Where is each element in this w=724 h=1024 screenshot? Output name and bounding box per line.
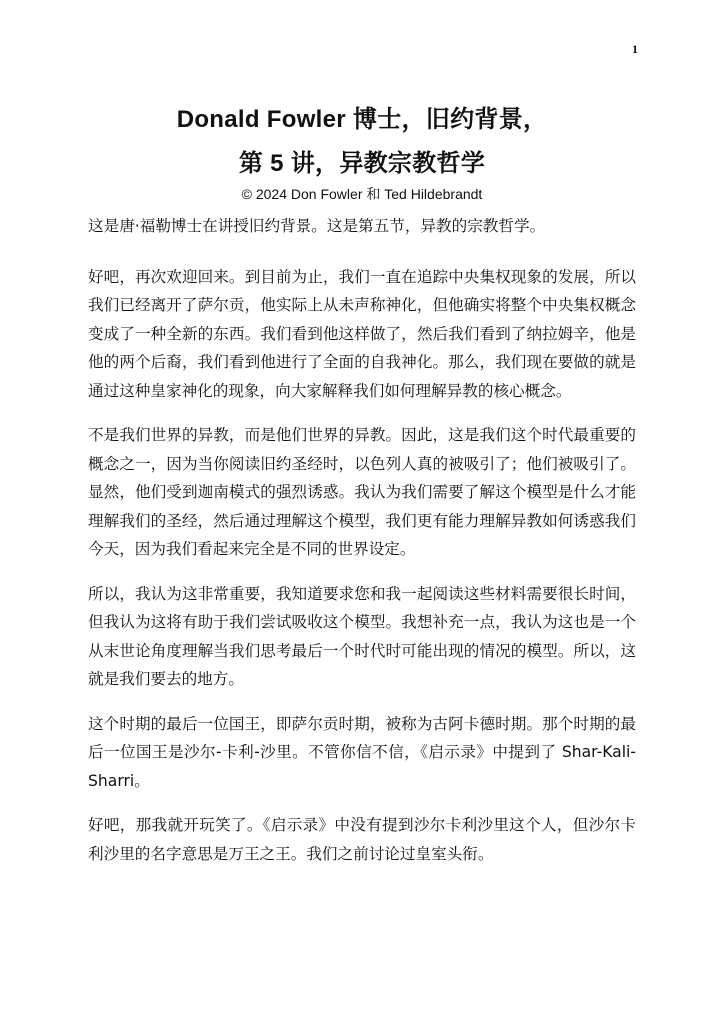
- document-body: 这是唐·福勒博士在讲授旧约背景。这是第五节，异教的宗教哲学。 好吧，再次欢迎回来…: [88, 212, 636, 884]
- paragraph: 这个时期的最后一位国王，即萨尔贡时期，被称为古阿卡德时期。那个时期的最后一位国王…: [88, 710, 636, 796]
- document-header: Donald Fowler 博士，旧约背景， 第 5 讲，异教宗教哲学 © 20…: [0, 98, 724, 204]
- paragraph: 好吧，再次欢迎回来。到目前为止，我们一直在追踪中央集权现象的发展，所以我们已经离…: [88, 263, 636, 406]
- title-line-2: 第 5 讲，异教宗教哲学: [0, 142, 724, 186]
- copyright-line: © 2024 Don Fowler 和 Ted Hildebrandt: [0, 184, 724, 204]
- paragraph: 所以，我认为这非常重要，我知道要求您和我一起阅读这些材料需要很长时间，但我认为这…: [88, 580, 636, 694]
- paragraph: 不是我们世界的异教，而是他们世界的异教。因此，这是我们这个时代最重要的概念之一，…: [88, 421, 636, 564]
- paragraph: 好吧，那我就开玩笑了。《启示录》中没有提到沙尔卡利沙里这个人，但沙尔卡利沙里的名…: [88, 811, 636, 868]
- title-line-1: Donald Fowler 博士，旧约背景，: [0, 98, 724, 142]
- paragraph-intro: 这是唐·福勒博士在讲授旧约背景。这是第五节，异教的宗教哲学。: [88, 212, 636, 241]
- page-number: 1: [628, 42, 642, 57]
